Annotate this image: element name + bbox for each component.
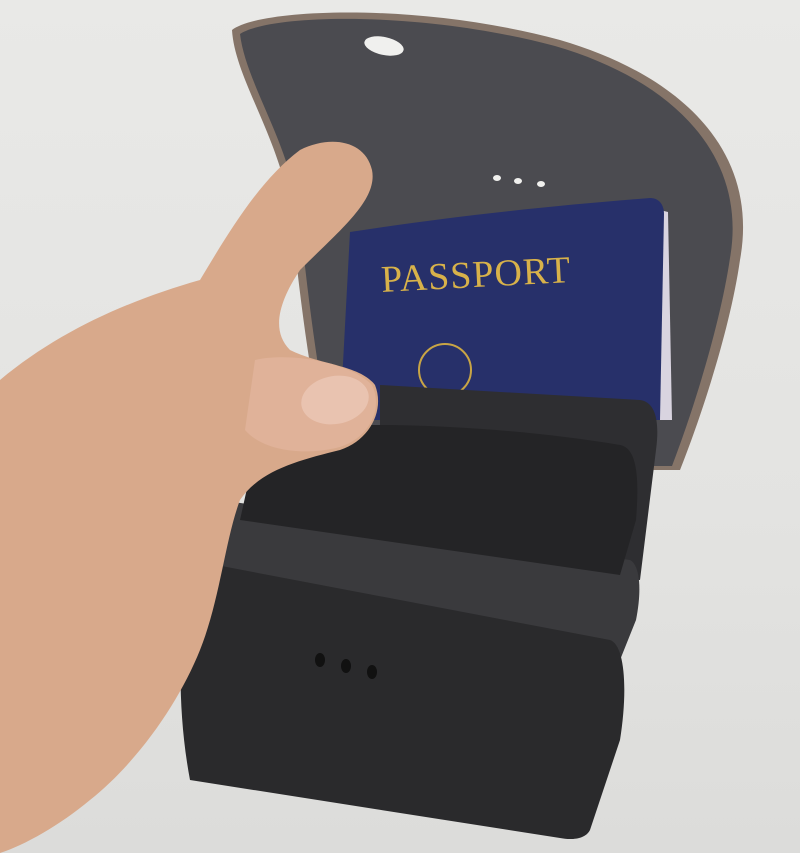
stitch-hole (341, 659, 351, 673)
stitch-hole (537, 181, 545, 187)
stitch-hole (514, 178, 522, 184)
stitch-hole (493, 175, 501, 181)
photo-scene (0, 0, 800, 853)
stitch-hole (367, 665, 377, 679)
stitch-hole (315, 653, 325, 667)
